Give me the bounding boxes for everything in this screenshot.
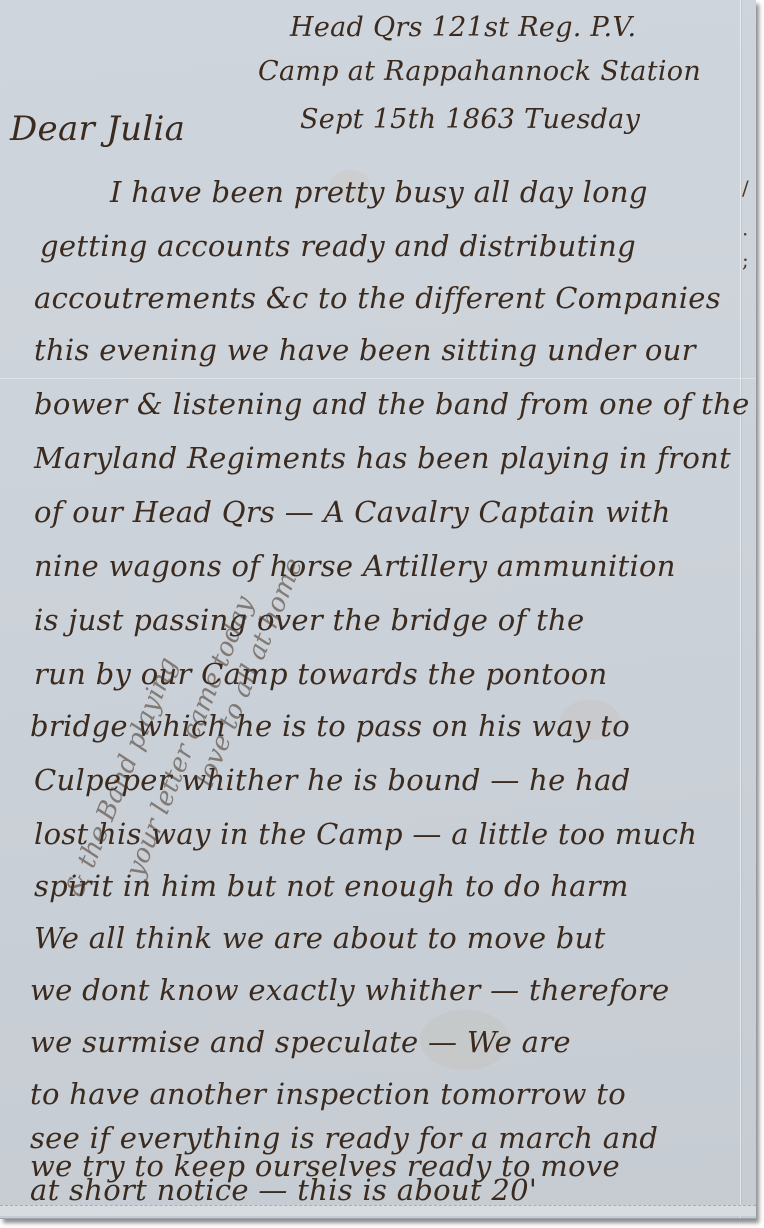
heading-line-3: Sept 15th 1863 Tuesday [300, 106, 640, 133]
body-line: of our Head Qrs — A Cavalry Captain with [34, 498, 671, 527]
body-line: to have another inspection tomorrow to [30, 1080, 626, 1109]
margin-mark: ; [742, 248, 749, 272]
body-line: getting accounts ready and distributing [40, 232, 636, 261]
salutation: Dear Julia [10, 112, 185, 146]
body-line: bower & listening and the band from one … [34, 390, 750, 419]
letter-page: Head Qrs 121st Reg. P.V. Camp at Rappaha… [0, 0, 756, 1219]
body-line: run by our Camp towards the pontoon [34, 660, 608, 689]
margin-mark: · [742, 222, 748, 246]
body-line: we surmise and speculate — We are [30, 1028, 571, 1057]
torn-bottom-edge [0, 1205, 756, 1216]
body-line: at short notice — this is about 20' [30, 1176, 537, 1205]
margin-mark: / [742, 176, 749, 200]
heading-line-1: Head Qrs 121st Reg. P.V. [290, 14, 636, 41]
body-line: we dont know exactly whither — therefore [30, 976, 669, 1005]
body-line: spirit in him but not enough to do harm [34, 872, 629, 901]
body-line: bridge which he is to pass on his way to [30, 712, 630, 741]
heading-line-2: Camp at Rappahannock Station [258, 58, 701, 85]
body-line: accoutrements &c to the different Compan… [34, 284, 721, 313]
body-line: Maryland Regiments has been playing in f… [34, 444, 731, 473]
body-line: is just passing over the bridge of the [34, 606, 584, 635]
body-line: this evening we have been sitting under … [34, 336, 696, 365]
body-line: I have been pretty busy all day long [110, 178, 648, 207]
body-line: We all think we are about to move but [34, 924, 606, 953]
body-line: nine wagons of horse Artillery ammunitio… [34, 552, 676, 581]
